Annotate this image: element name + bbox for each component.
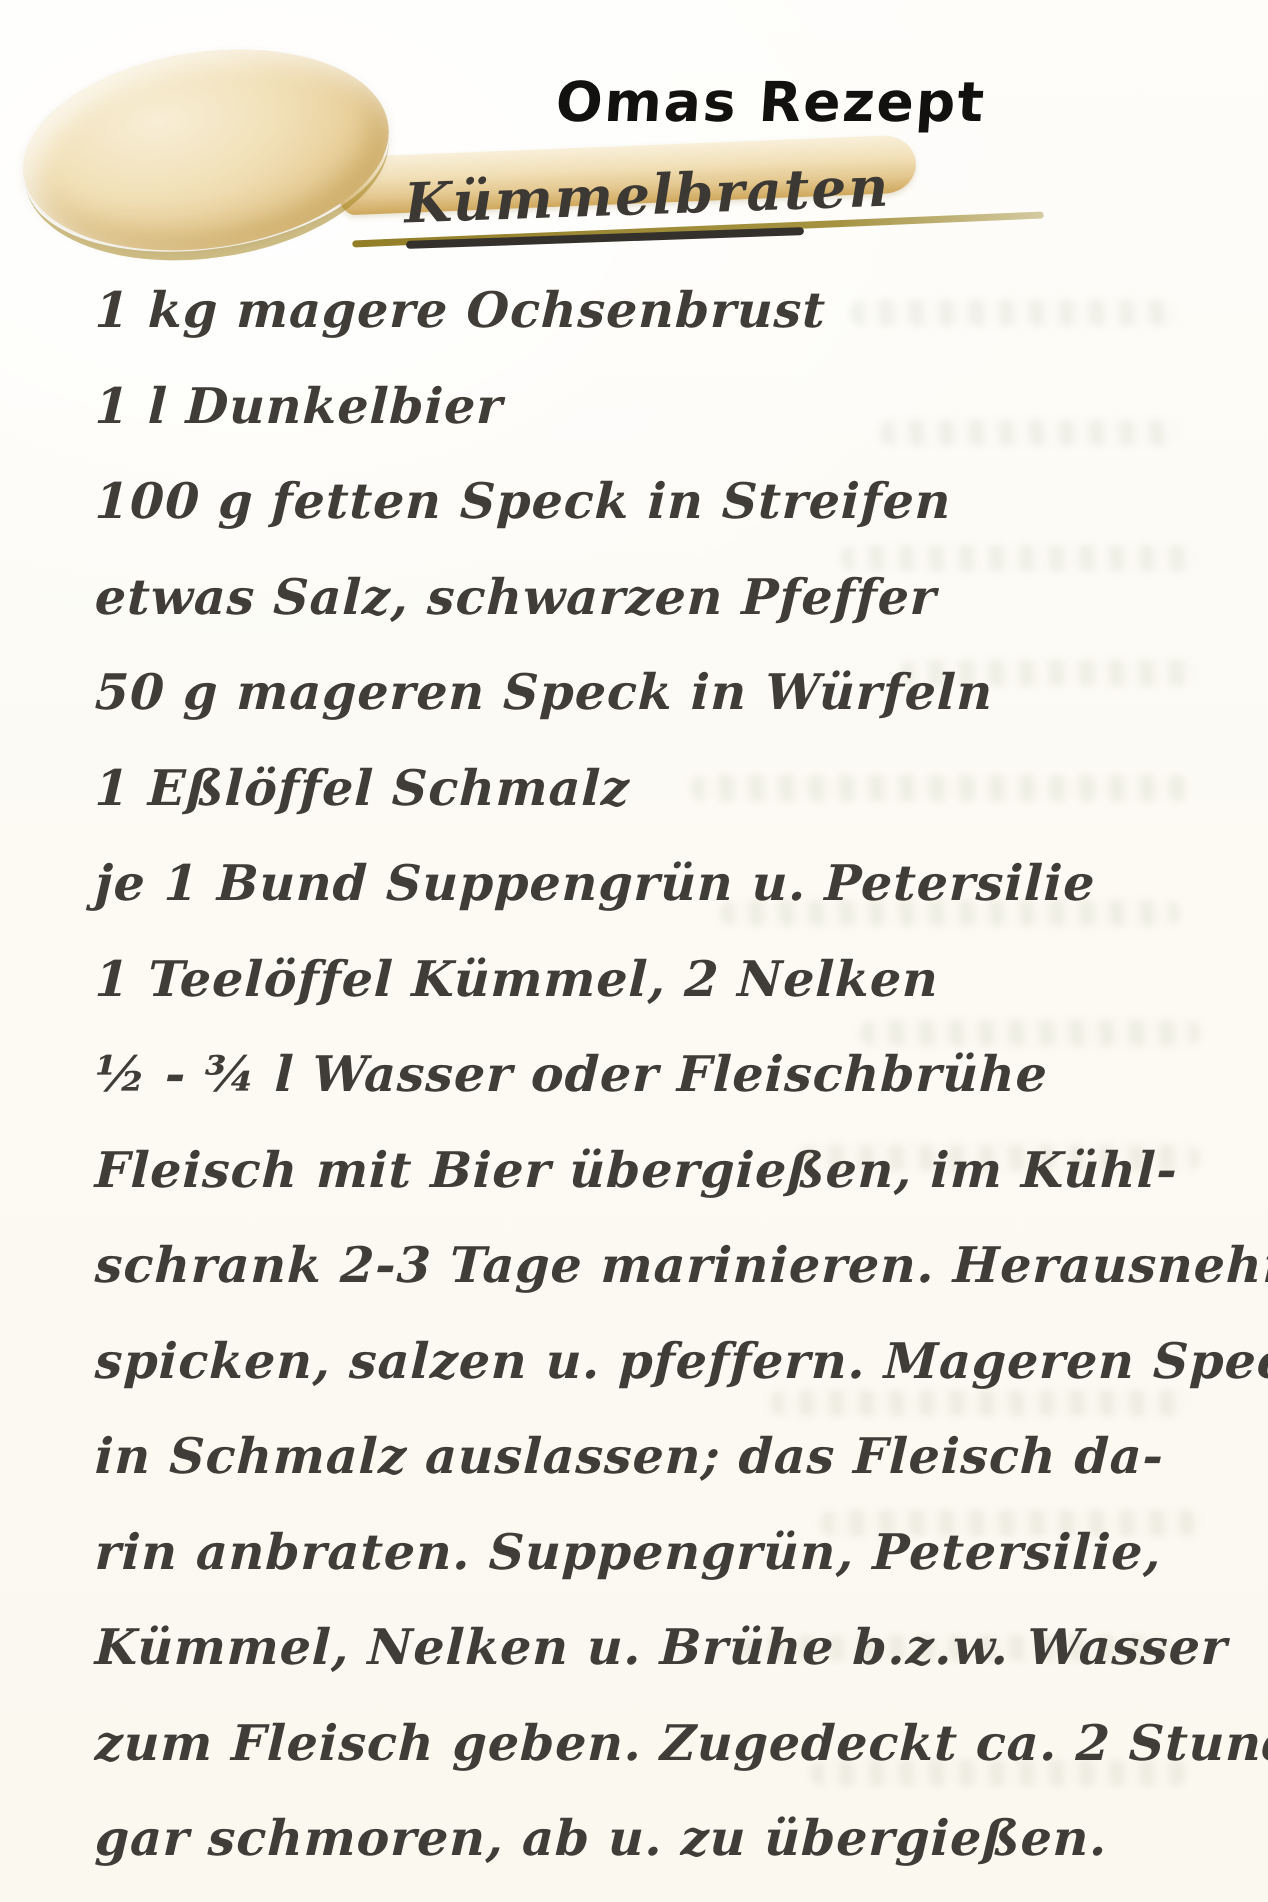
recipe-line: spicken, salzen u. pfeffern. Mageren Spe… [93,1313,1268,1409]
recipe-line: in Schmalz auslassen; das Fleisch da- [93,1408,1268,1504]
recipe-line: rin anbraten. Suppengrün, Petersilie, [93,1504,1268,1600]
recipe-line: ½ - ¾ l Wasser oder Fleischbrühe [93,1026,1268,1122]
scanned-recipe-page: Omas Rezept Kümmelbraten 1 kg magere Och… [0,0,1268,1902]
recipe-line: 1 Eßlöffel Schmalz [93,740,1268,836]
page-title: Omas Rezept [554,70,988,134]
recipe-text: 1 kg magere Ochsenbrust 1 l Dunkelbier 1… [95,262,1268,1886]
recipe-line: 50 g mageren Speck in Würfeln [93,644,1268,740]
recipe-line: Fleisch mit Bier übergießen, im Kühl- [93,1122,1268,1218]
recipe-line: 1 Teelöffel Kümmel, 2 Nelken [93,931,1268,1027]
recipe-line: 1 l Dunkelbier [93,358,1268,454]
recipe-line: gar schmoren, ab u. zu übergießen. [93,1790,1268,1886]
recipe-line: je 1 Bund Suppengrün u. Petersilie [93,835,1268,931]
recipe-line: 100 g fetten Speck in Streifen [93,453,1268,549]
recipe-line: zum Fleisch geben. Zugedeckt ca. 2 Stund… [93,1695,1268,1791]
recipe-line: schrank 2-3 Tage marinieren. Herausnehme… [93,1217,1268,1313]
wooden-spoon-image [0,0,1050,300]
recipe-line: Kümmel, Nelken u. Brühe b.z.w. Wasser [93,1599,1268,1695]
recipe-line: etwas Salz, schwarzen Pfeffer [93,549,1268,645]
recipe-line: 1 kg magere Ochsenbrust [93,262,1268,358]
